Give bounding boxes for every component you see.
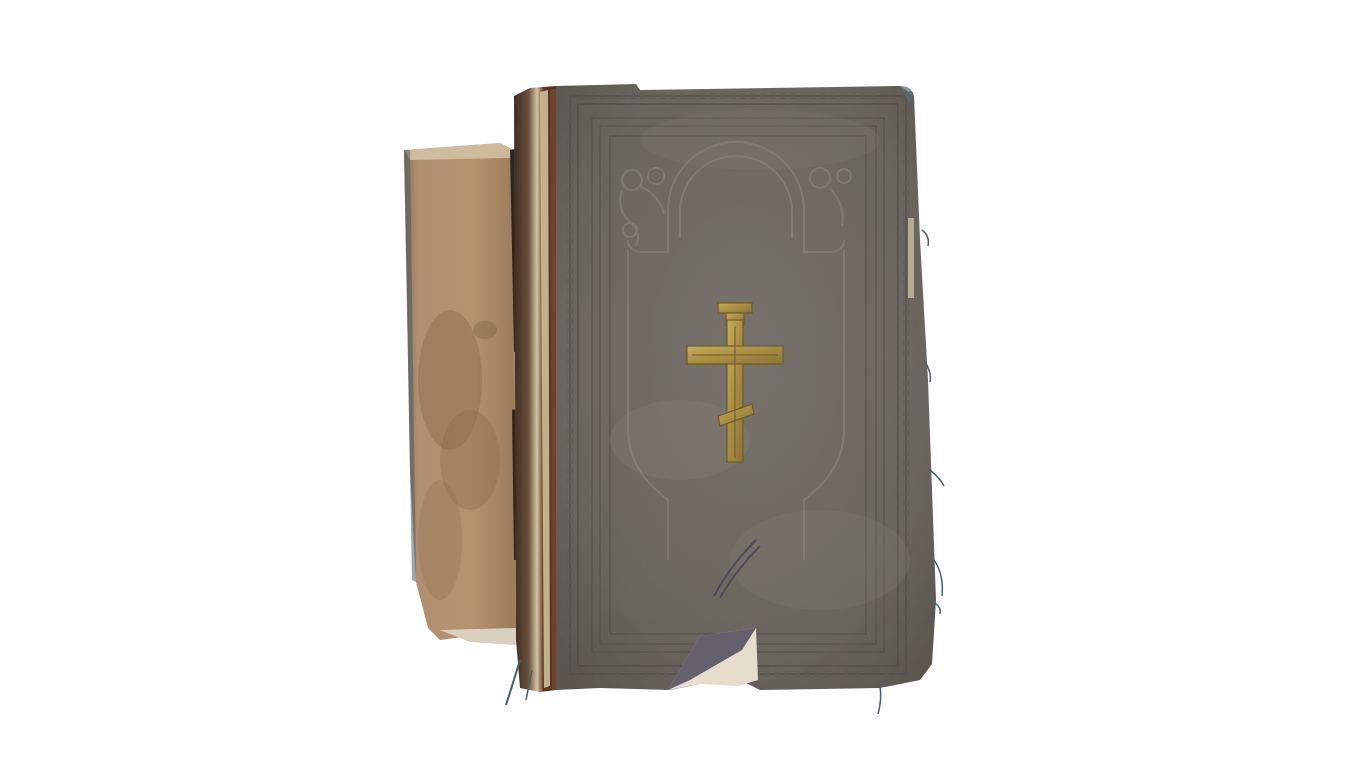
- antique-book-photo: [0, 0, 1366, 768]
- photo-scene: [0, 0, 1366, 768]
- detached-board: [404, 143, 522, 645]
- book-cover: [556, 84, 944, 714]
